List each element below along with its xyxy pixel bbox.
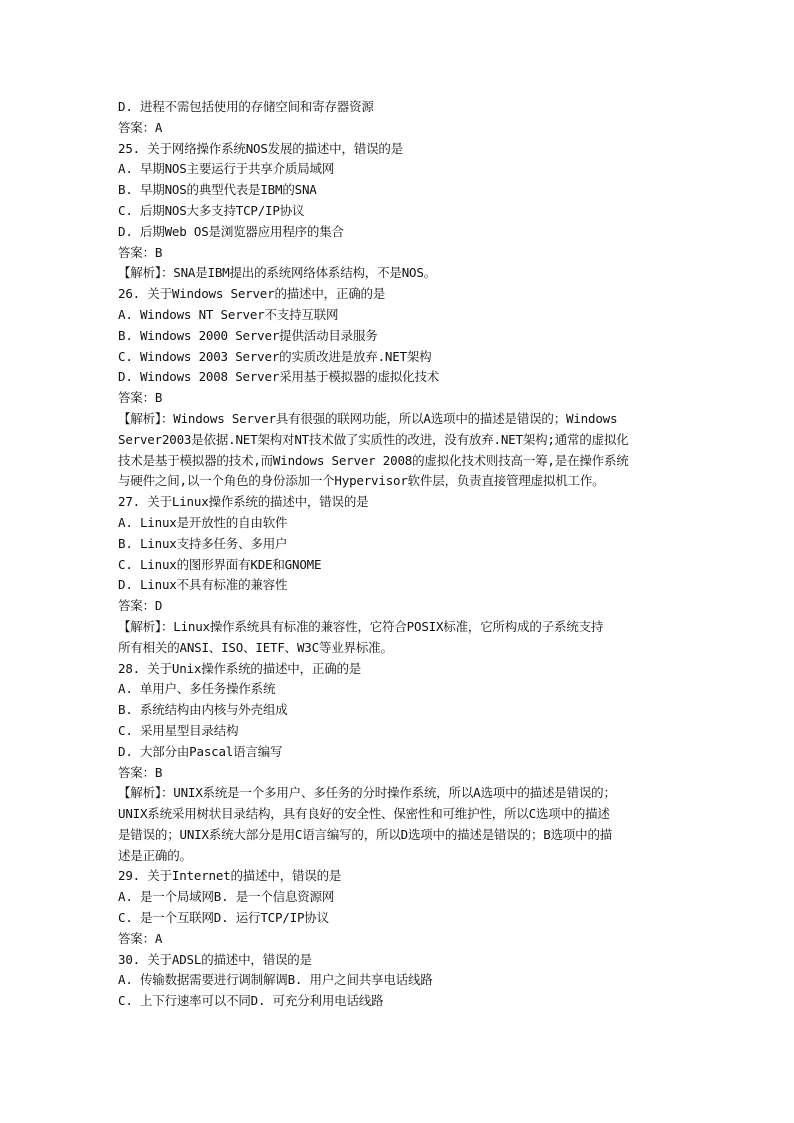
option-line: C. 采用星型目录结构 — [118, 721, 678, 742]
analysis-continuation-line: 与硬件之间,以一个角色的身份添加一个Hypervisor软件层，负责直接管理虚拟… — [118, 471, 678, 492]
analysis-line: 【解析】：SNA是IBM提出的系统网络体系结构，不是NOS。 — [118, 263, 678, 284]
answer-line: 答案：A — [118, 929, 678, 950]
option-line: A. Windows NT Server不支持互联网 — [118, 305, 678, 326]
analysis-continuation-line: Server2003是依据.NET架构对NT技术做了实质性的改进，没有放弃.NE… — [118, 430, 678, 451]
option-line: B. Linux支持多任务、多用户 — [118, 534, 678, 555]
analysis-line: 【解析】：Linux操作系统具有标准的兼容性，它符合POSIX标准，它所构成的子… — [118, 617, 678, 638]
option-line: A. Linux是开放性的自由软件 — [118, 513, 678, 534]
option-line: C. 是一个互联网D. 运行TCP/IP协议 — [118, 908, 678, 929]
option-line: A. 是一个局域网B. 是一个信息资源网 — [118, 887, 678, 908]
option-line: D. 后期Web OS是浏览器应用程序的集合 — [118, 222, 678, 243]
answer-line: 答案：B — [118, 388, 678, 409]
analysis-line: 【解析】：Windows Server具有很强的联网功能，所以A选项中的描述是错… — [118, 409, 678, 430]
analysis-continuation-line: UNIX系统采用树状目录结构，具有良好的安全性、保密性和可维护性，所以C选项中的… — [118, 804, 678, 825]
option-line: C. 后期NOS大多支持TCP/IP协议 — [118, 201, 678, 222]
option-line: C. Windows 2003 Server的实质改进是放弃.NET架构 — [118, 347, 678, 368]
document-page: D. 进程不需包括使用的存储空间和寄存器资源 答案：A 25. 关于网络操作系统… — [118, 97, 678, 1012]
answer-line: 答案：A — [118, 118, 678, 139]
option-line: B. 早期NOS的典型代表是IBM的SNA — [118, 180, 678, 201]
option-line: A. 传输数据需要进行调制解调B. 用户之间共享电话线路 — [118, 970, 678, 991]
option-line: A. 单用户、多任务操作系统 — [118, 679, 678, 700]
analysis-continuation-line: 技术是基于模拟器的技术,而Windows Server 2008的虚拟化技术则技… — [118, 451, 678, 472]
option-line: B. Windows 2000 Server提供活动目录服务 — [118, 326, 678, 347]
answer-line: 答案：B — [118, 763, 678, 784]
option-line: B. 系统结构由内核与外壳组成 — [118, 700, 678, 721]
option-line: D. Windows 2008 Server采用基于模拟器的虚拟化技术 — [118, 367, 678, 388]
option-line: C. 上下行速率可以不同D. 可充分利用电话线路 — [118, 991, 678, 1012]
option-line: D. 大部分由Pascal语言编写 — [118, 742, 678, 763]
question-line: 30. 关于ADSL的描述中，错误的是 — [118, 950, 678, 971]
answer-line: 答案：D — [118, 596, 678, 617]
question-line: 27. 关于Linux操作系统的描述中，错误的是 — [118, 492, 678, 513]
question-line: 28. 关于Unix操作系统的描述中，正确的是 — [118, 659, 678, 680]
option-line: D. Linux不具有标准的兼容性 — [118, 575, 678, 596]
question-line: 25. 关于网络操作系统NOS发展的描述中，错误的是 — [118, 139, 678, 160]
option-line: A. 早期NOS主要运行于共享介质局域网 — [118, 159, 678, 180]
option-line: C. Linux的图形界面有KDE和GNOME — [118, 555, 678, 576]
option-line: D. 进程不需包括使用的存储空间和寄存器资源 — [118, 97, 678, 118]
analysis-line: 【解析】：UNIX系统是一个多用户、多任务的分时操作系统，所以A选项中的描述是错… — [118, 783, 678, 804]
analysis-continuation-line: 述是正确的。 — [118, 846, 678, 867]
analysis-continuation-line: 是错误的；UNIX系统大部分是用C语言编写的，所以D选项中的描述是错误的；B选项… — [118, 825, 678, 846]
question-line: 26. 关于Windows Server的描述中，正确的是 — [118, 284, 678, 305]
answer-line: 答案：B — [118, 243, 678, 264]
analysis-continuation-line: 所有相关的ANSI、ISO、IETF、W3C等业界标准。 — [118, 638, 678, 659]
question-line: 29. 关于Internet的描述中，错误的是 — [118, 866, 678, 887]
